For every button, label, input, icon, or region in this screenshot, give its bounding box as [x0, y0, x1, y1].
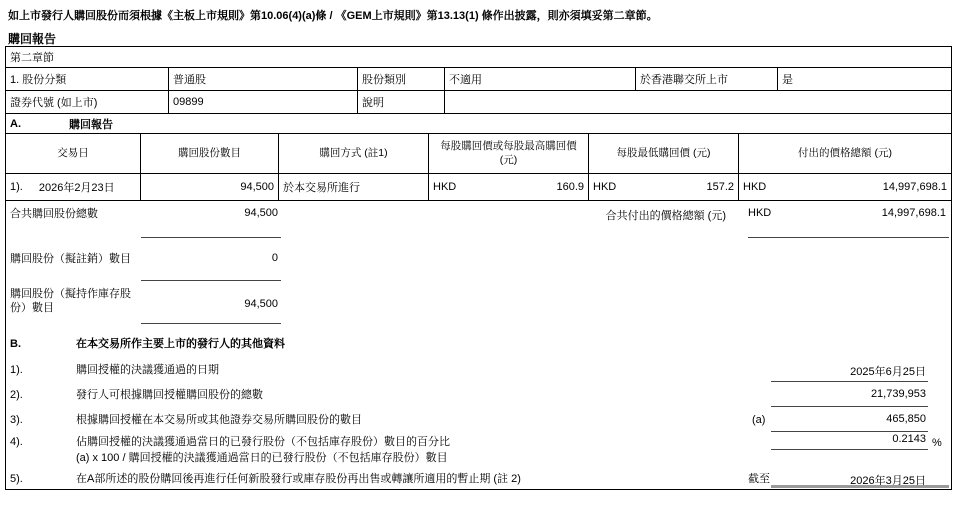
total-paid-line: HKD 14,997,698.1	[748, 207, 946, 219]
report-form: 第二章節 1. 股份分類 普通股 股份類別 不適用 於香港聯交所上市 是 證券代…	[5, 46, 952, 490]
b2-label: 發行人可根據購回授權購回股份的總數	[76, 388, 263, 402]
section2-header: 第二章節	[6, 47, 951, 67]
sectionB-title: 在本交易所作主要上市的發行人的其他資料	[76, 337, 285, 351]
total-paid-currency: HKD	[748, 207, 771, 219]
treasury-shares-label: 購回股份（擬持作庫存股份）數目	[10, 287, 142, 316]
total-paid-value: 14,997,698.1	[882, 207, 946, 219]
b2-number: 2).	[10, 388, 23, 402]
intro-text: 如上市發行人購回股份而須根據《主板上市規則》第10.06(4)(a)條 / 《G…	[8, 7, 952, 23]
description-label: 說明	[358, 91, 445, 113]
total-paid-cell: HKD 14,997,698.1	[739, 174, 951, 200]
b4-underline	[771, 449, 928, 450]
cancel-shares-underline	[141, 280, 281, 281]
row-no-and-date: 1). 2026年2月23日	[6, 174, 141, 200]
total-shares-label: 合共購回股份總數	[10, 207, 98, 221]
high-currency: HKD	[433, 181, 456, 193]
total-paid-label: 合共付出的價格總額 (元)	[561, 207, 726, 223]
page-title: 購回報告	[8, 30, 56, 47]
b3-value: 465,850	[771, 413, 926, 425]
low-price: 157.2	[706, 181, 734, 193]
b4-value: 0.2143	[771, 433, 926, 445]
b4-percent-suffix: %	[932, 436, 942, 450]
share-type-value: 不適用	[445, 68, 636, 90]
trade-date: 2026年2月23日	[39, 179, 115, 195]
b5-underline	[771, 485, 949, 488]
col-total-paid: 付出的價格總額 (元)	[739, 134, 951, 173]
low-currency: HKD	[593, 181, 616, 193]
col-high-price: 每股購回價或每股最高購回價 (元)	[429, 134, 589, 173]
high-price: 160.9	[556, 181, 584, 193]
buyback-report-page: 如上市發行人購回股份而須根據《主板上市規則》第10.06(4)(a)條 / 《G…	[0, 0, 958, 507]
b3-underline	[771, 431, 928, 432]
b1-number: 1).	[10, 363, 23, 377]
share-type-label: 股份類別	[358, 68, 445, 90]
col-shares: 購回股份數目	[141, 134, 279, 173]
b4-label: 佔購回授權的決議獲通過當日的已發行股份（不包括庫存股份）數目的百分比	[76, 435, 696, 449]
b5-label: 在A部所述的股份購回後再進行任何新股發行或庫存股份再出售或轉讓所適用的暫止期 (…	[76, 472, 716, 486]
b2-value: 21,739,953	[771, 388, 926, 400]
cancel-shares-label: 購回股份（擬註銷）數目	[10, 252, 140, 266]
share-class-row: 1. 股份分類 普通股 股份類別 不適用 於香港聯交所上市 是	[6, 68, 951, 91]
cancel-shares-value: 0	[141, 252, 278, 264]
treasury-shares-underline	[141, 323, 281, 324]
total-shares-value: 94,500	[141, 207, 278, 219]
sectionB-id: B.	[10, 337, 21, 351]
b5-prefix: 截至	[748, 472, 770, 486]
b5-number: 5).	[10, 472, 23, 486]
b2-underline	[771, 406, 928, 407]
shares-value: 94,500	[141, 174, 279, 200]
description-value	[445, 91, 951, 113]
listed-hk-label: 於香港聯交所上市	[636, 68, 778, 90]
total-currency: HKD	[743, 181, 766, 193]
col-method: 購回方式 (註1)	[279, 134, 429, 173]
b1-label: 購回授權的決議獲通過的日期	[76, 363, 219, 377]
b3-prefix: (a)	[752, 413, 765, 427]
low-price-cell: HKD 157.2	[589, 174, 739, 200]
total-paid-underline	[748, 237, 949, 238]
listed-hk-value: 是	[778, 68, 951, 90]
sectionA-id: A.	[10, 118, 21, 130]
sectionA-title: 購回報告	[69, 116, 113, 132]
b1-value: 2025年6月25日	[771, 363, 926, 379]
sectionA-title-row: A. 購回報告	[6, 114, 951, 134]
method-value: 於本交易所進行	[279, 174, 429, 200]
share-class-label: 1. 股份分類	[6, 68, 169, 90]
b4-label-line2: (a) x 100 / 購回授權的決議獲通過當日的已發行股份（不包括庫存股份）數…	[76, 451, 696, 465]
high-price-cell: HKD 160.9	[429, 174, 589, 200]
total-paid: 14,997,698.1	[883, 181, 947, 193]
row-number: 1).	[10, 181, 23, 193]
treasury-shares-value: 94,500	[141, 298, 278, 310]
col-trade-date: 交易日	[6, 134, 141, 173]
share-class-value: 普通股	[169, 68, 358, 90]
stock-code-row: 證券代號 (如上市) 09899 說明	[6, 91, 951, 114]
b3-number: 3).	[10, 413, 23, 427]
stock-code-label: 證券代號 (如上市)	[6, 91, 169, 113]
stock-code-value: 09899	[169, 91, 358, 113]
col-low-price: 每股最低購回價 (元)	[589, 134, 739, 173]
b4-number: 4).	[10, 435, 23, 449]
total-shares-underline	[141, 237, 281, 238]
section2-header-row: 第二章節	[6, 47, 951, 68]
buyback-table-row: 1). 2026年2月23日 94,500 於本交易所進行 HKD 160.9 …	[6, 174, 951, 201]
buyback-table-header: 交易日 購回股份數目 購回方式 (註1) 每股購回價或每股最高購回價 (元) 每…	[6, 134, 951, 174]
b3-label: 根據購回授權在本交易所或其他證券交易所購回股份的數目	[76, 413, 362, 427]
b1-underline	[771, 381, 928, 382]
